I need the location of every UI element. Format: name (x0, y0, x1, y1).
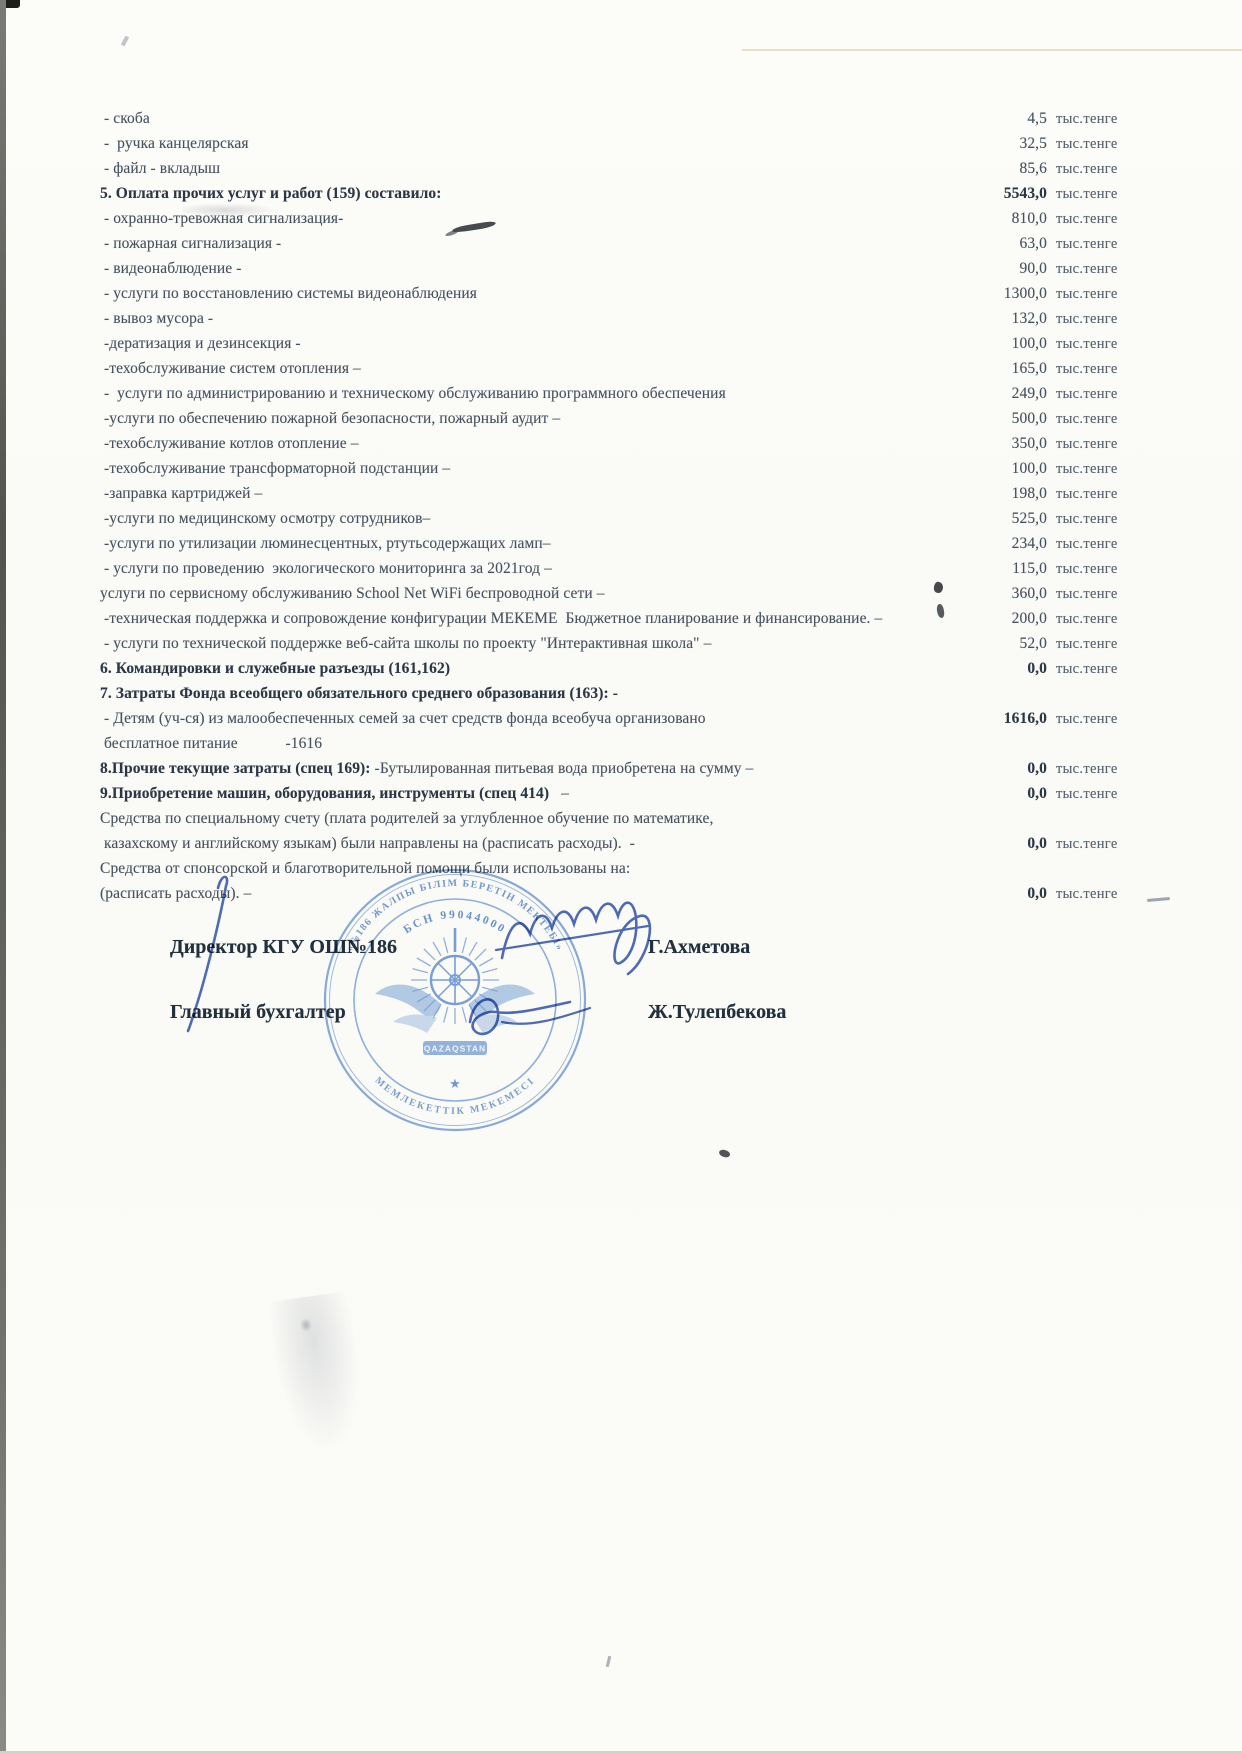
row-amount: 165,0 (1012, 360, 1047, 377)
row-label: - услуги по проведению экологического мо… (100, 560, 552, 577)
expense-row: -техобслуживание трансформаторной подста… (100, 460, 1140, 485)
row-amount-cell: 0,0 (955, 760, 1047, 778)
row-amount-cell: 4,5 (955, 110, 1047, 128)
expense-row: - файл - вкладыш 85,6 тыс.тенге (100, 160, 1140, 185)
expense-row: - скоба 4,5 тыс.тенге (100, 110, 1140, 135)
row-amount-cell: 90,0 (955, 260, 1047, 278)
row-amount-cell: 32,5 (955, 135, 1047, 153)
row-label-cell: - охранно-тревожная сигнализация- (100, 210, 955, 228)
row-unit: тыс.тенге (1056, 261, 1140, 278)
row-label-cell: - скоба (100, 110, 955, 128)
row-label-cell: - услуги по восстановлению системы видео… (100, 285, 955, 303)
row-label-bold: 5. Оплата прочих услуг и работ (159) сос… (100, 185, 442, 202)
row-amount: 90,0 (1019, 260, 1047, 277)
expense-row: - Детям (уч-ся) из малообеспеченных семе… (100, 710, 1140, 735)
expense-row: -дератизация и дезинсекция - 100,0 тыс.т… (100, 335, 1140, 360)
row-unit: тыс.тенге (1056, 311, 1140, 328)
row-amount: 132,0 (1012, 310, 1047, 327)
row-amount-bold: 0,0 (1027, 785, 1047, 802)
row-amount-cell: 0,0 (955, 660, 1047, 678)
expense-row: - услуги по проведению экологического мо… (100, 560, 1140, 585)
row-unit: тыс.тенге (1056, 186, 1140, 203)
row-label: - видеонаблюдение - (100, 260, 242, 277)
row-amount: 200,0 (1012, 610, 1047, 627)
row-label-cell: бесплатное питание -1616 (100, 735, 955, 753)
row-amount: 500,0 (1012, 410, 1047, 427)
row-label: - услуги по восстановлению системы видео… (100, 285, 477, 302)
row-unit: тыс.тенге (1056, 561, 1140, 578)
row-amount: 1300,0 (1004, 285, 1047, 302)
row-amount: 234,0 (1012, 535, 1047, 552)
row-unit: тыс.тенге (1056, 611, 1140, 628)
director-signature (496, 926, 648, 950)
row-label: -услуги по медицинскому осмотру сотрудни… (100, 510, 430, 527)
row-unit: тыс.тенге (1056, 236, 1140, 253)
row-amount: 100,0 (1012, 335, 1047, 352)
row-label-cell: -заправка картриджей – (100, 485, 955, 503)
row-label-cell: - услуги по технической поддержке веб-са… (100, 635, 955, 653)
ink-speck (606, 1656, 612, 1667)
row-label: - вывоз мусора - (100, 310, 213, 327)
row-amount: 525,0 (1012, 510, 1047, 527)
expense-list: - скоба 4,5 тыс.тенге - ручка канцелярск… (100, 110, 1140, 910)
row-label-cell: - ручка канцелярская (100, 135, 955, 153)
row-amount-cell: 85,6 (955, 160, 1047, 178)
row-amount-cell: 132,0 (955, 310, 1047, 328)
row-label-cell: -техобслуживание трансформаторной подста… (100, 460, 955, 478)
row-label-bold: 8.Прочие текущие затраты (спец 169): (100, 760, 371, 777)
row-amount-cell: 63,0 (955, 235, 1047, 253)
expense-row: - услуги по администрированию и техничес… (100, 385, 1140, 410)
row-label: -техобслуживание трансформаторной подста… (100, 460, 450, 477)
row-label: казахскому и английскому языкам) были на… (100, 835, 635, 852)
row-unit: тыс.тенге (1056, 536, 1140, 553)
expense-row: -заправка картриджей – 198,0 тыс.тенге (100, 485, 1140, 510)
row-unit: тыс.тенге (1056, 761, 1140, 778)
row-amount: 63,0 (1019, 235, 1047, 252)
row-label-cell: - вывоз мусора - (100, 310, 955, 328)
row-amount-cell: 350,0 (955, 435, 1047, 453)
accountant-signature (470, 999, 570, 1034)
row-amount: 360,0 (1012, 585, 1047, 602)
row-label: - услуги по администрированию и техничес… (100, 385, 726, 402)
row-amount-cell: 810,0 (955, 210, 1047, 228)
expense-row: бесплатное питание -1616 (100, 735, 1140, 760)
row-amount-cell: 1616,0 (955, 710, 1047, 728)
signatures-overlay (150, 860, 910, 1130)
row-label: -заправка картриджей – (100, 485, 262, 502)
row-amount: 115,0 (1012, 560, 1047, 577)
row-amount-cell: 200,0 (955, 610, 1047, 628)
row-label-cell: -техобслуживание систем отопления – (100, 360, 955, 378)
row-unit: тыс.тенге (1056, 111, 1140, 128)
row-amount: 52,0 (1019, 635, 1047, 652)
row-label: - ручка канцелярская (100, 135, 249, 152)
row-label: -техническая поддержка и сопровождение к… (100, 610, 882, 627)
row-label-cell: Средства по специальному счету (плата ро… (100, 810, 955, 828)
fingerprint-smudge (268, 1291, 368, 1451)
expense-row: - услуги по восстановлению системы видео… (100, 285, 1140, 310)
row-unit: тыс.тенге (1056, 361, 1140, 378)
expense-row: -техническая поддержка и сопровождение к… (100, 610, 1140, 635)
row-amount-cell: 100,0 (955, 460, 1047, 478)
row-label: -техобслуживание котлов отопление – (100, 435, 359, 452)
row-amount-cell: 115,0 (955, 560, 1047, 578)
row-label-bold: 7. Затраты Фонда всеобщего обязательного… (100, 685, 618, 702)
row-amount-cell: 234,0 (955, 535, 1047, 553)
row-unit: тыс.тенге (1056, 836, 1140, 853)
expense-row: -услуги по утилизации люминесцентных, рт… (100, 535, 1140, 560)
row-label-cell: услуги по сервисному обслуживанию School… (100, 585, 955, 603)
row-label-cell: -услуги по утилизации люминесцентных, рт… (100, 535, 955, 553)
row-label: -услуги по утилизации люминесцентных, рт… (100, 535, 551, 552)
row-amount-cell: 5543,0 (955, 185, 1047, 203)
row-unit: тыс.тенге (1056, 436, 1140, 453)
expense-row: 7. Затраты Фонда всеобщего обязательного… (100, 685, 1140, 710)
expense-row: 8.Прочие текущие затраты (спец 169): -Бу… (100, 760, 1140, 785)
row-unit: тыс.тенге (1056, 411, 1140, 428)
row-amount: 32,5 (1019, 135, 1047, 152)
expense-row: -техобслуживание котлов отопление – 350,… (100, 435, 1140, 460)
row-label-cell: 9.Приобретение машин, оборудования, инст… (100, 785, 955, 803)
row-amount-bold: 0,0 (1027, 885, 1047, 902)
expense-row: - ручка канцелярская 32,5 тыс.тенге (100, 135, 1140, 160)
row-unit: тыс.тенге (1056, 136, 1140, 153)
row-unit: тыс.тенге (1056, 211, 1140, 228)
row-unit: тыс.тенге (1056, 336, 1140, 353)
row-amount: 85,6 (1019, 160, 1047, 177)
row-amount-cell: 500,0 (955, 410, 1047, 428)
row-label: - файл - вкладыш (100, 160, 220, 177)
row-label-cell: 8.Прочие текущие затраты (спец 169): -Бу… (100, 760, 955, 778)
row-label-cell: казахскому и английскому языкам) были на… (100, 835, 955, 853)
row-label: -дератизация и дезинсекция - (100, 335, 301, 352)
row-label-bold: 6. Командировки и служебные разъезды (16… (100, 660, 450, 677)
row-amount-bold: 0,0 (1027, 760, 1047, 777)
row-unit: тыс.тенге (1056, 511, 1140, 528)
expense-row: 9.Приобретение машин, оборудования, инст… (100, 785, 1140, 810)
row-amount-cell: 1300,0 (955, 285, 1047, 303)
accountant-signature (502, 1008, 590, 1024)
expense-row: 6. Командировки и служебные разъезды (16… (100, 660, 1140, 685)
stray-dash (1147, 897, 1170, 902)
row-label: услуги по сервисному обслуживанию School… (100, 585, 605, 602)
pen-flourish (188, 877, 227, 1031)
expense-row: услуги по сервисному обслуживанию School… (100, 585, 1140, 610)
row-label: -услуги по обеспечению пожарной безопасн… (100, 410, 560, 427)
row-unit: тыс.тенге (1056, 636, 1140, 653)
row-amount-bold: 1616,0 (1004, 710, 1047, 727)
row-label-cell: - пожарная сигнализация - (100, 235, 955, 253)
row-unit: тыс.тенге (1056, 586, 1140, 603)
expense-row: 5. Оплата прочих услуг и работ (159) сос… (100, 185, 1140, 210)
row-amount-cell: 249,0 (955, 385, 1047, 403)
row-unit: тыс.тенге (1056, 461, 1140, 478)
row-amount-cell: 0,0 (955, 785, 1047, 803)
row-label: - охранно-тревожная сигнализация- (100, 210, 343, 227)
row-label-cell: - видеонаблюдение - (100, 260, 955, 278)
expense-row: -техобслуживание систем отопления – 165,… (100, 360, 1140, 385)
row-amount-cell: 0,0 (955, 835, 1047, 853)
row-label-bold: 9.Приобретение машин, оборудования, инст… (100, 785, 549, 802)
row-unit: тыс.тенге (1056, 486, 1140, 503)
scan-top-edge (0, 0, 1242, 4)
row-amount-cell: 165,0 (955, 360, 1047, 378)
row-unit: тыс.тенге (1056, 286, 1140, 303)
row-unit: тыс.тенге (1056, 886, 1140, 903)
row-amount: 100,0 (1012, 460, 1047, 477)
row-amount: 198,0 (1012, 485, 1047, 502)
row-amount-cell: 525,0 (955, 510, 1047, 528)
row-amount-bold: 5543,0 (1004, 185, 1047, 202)
row-amount-cell: 100,0 (955, 335, 1047, 353)
row-label: Средства по специальному счету (плата ро… (100, 810, 713, 827)
row-label-cell: -услуги по медицинскому осмотру сотрудни… (100, 510, 955, 528)
row-label-cell: - услуги по администрированию и техничес… (100, 385, 955, 403)
row-unit: тыс.тенге (1056, 386, 1140, 403)
row-amount: 249,0 (1012, 385, 1047, 402)
scan-left-edge (0, 0, 6, 1754)
row-label-cell: -техническая поддержка и сопровождение к… (100, 610, 955, 628)
row-label-cell: - Детям (уч-ся) из малообеспеченных семе… (100, 710, 955, 728)
row-amount-cell: 0,0 (955, 885, 1047, 903)
row-label: -техобслуживание систем отопления – (100, 360, 361, 377)
row-unit: тыс.тенге (1056, 711, 1140, 728)
row-label-cell: - услуги по проведению экологического мо… (100, 560, 955, 578)
expense-row: - вывоз мусора - 132,0 тыс.тенге (100, 310, 1140, 335)
row-label-cell: 5. Оплата прочих услуг и работ (159) сос… (100, 185, 955, 203)
row-label-cell: 7. Затраты Фонда всеобщего обязательного… (100, 685, 955, 703)
row-unit: тыс.тенге (1056, 661, 1140, 678)
row-amount-cell: 198,0 (955, 485, 1047, 503)
row-label: - скоба (100, 110, 150, 127)
expense-row: - пожарная сигнализация - 63,0 тыс.тенге (100, 235, 1140, 260)
ink-speck (121, 36, 129, 47)
row-amount: 4,5 (1027, 110, 1047, 127)
expense-row: Средства по специальному счету (плата ро… (100, 810, 1140, 835)
expense-row: - видеонаблюдение - 90,0 тыс.тенге (100, 260, 1140, 285)
row-amount-bold: 0,0 (1027, 660, 1047, 677)
row-label: бесплатное питание -1616 (100, 735, 322, 752)
row-label-cell: 6. Командировки и служебные разъезды (16… (100, 660, 955, 678)
row-amount-cell: 52,0 (955, 635, 1047, 653)
expense-row: казахскому и английскому языкам) были на… (100, 835, 1140, 860)
row-label: - Детям (уч-ся) из малообеспеченных семе… (100, 710, 706, 727)
row-label: -Бутылированная питьевая вода приобретен… (371, 760, 754, 777)
expense-row: - охранно-тревожная сигнализация- 810,0 … (100, 210, 1140, 235)
row-label-cell: -услуги по обеспечению пожарной безопасн… (100, 410, 955, 428)
expense-row: -услуги по обеспечению пожарной безопасн… (100, 410, 1140, 435)
row-amount: 810,0 (1012, 210, 1047, 227)
scan-streak (742, 49, 1242, 51)
row-amount: 350,0 (1012, 435, 1047, 452)
row-amount-bold: 0,0 (1027, 835, 1047, 852)
expense-row: - услуги по технической поддержке веб-са… (100, 635, 1140, 660)
row-amount-cell: 360,0 (955, 585, 1047, 603)
fingerprint-smudge (300, 1318, 312, 1332)
row-label: - услуги по технической поддержке веб-са… (100, 635, 711, 652)
row-unit: тыс.тенге (1056, 786, 1140, 803)
row-label-cell: -дератизация и дезинсекция - (100, 335, 955, 353)
row-label-cell: -техобслуживание котлов отопление – (100, 435, 955, 453)
scanned-financial-report-page: - скоба 4,5 тыс.тенге - ручка канцелярск… (0, 0, 1242, 1754)
row-label: – (549, 785, 569, 802)
row-label-cell: - файл - вкладыш (100, 160, 955, 178)
expense-row: -услуги по медицинскому осмотру сотрудни… (100, 510, 1140, 535)
row-unit: тыс.тенге (1056, 161, 1140, 178)
ink-speck (718, 1148, 731, 1159)
row-label: - пожарная сигнализация - (100, 235, 281, 252)
